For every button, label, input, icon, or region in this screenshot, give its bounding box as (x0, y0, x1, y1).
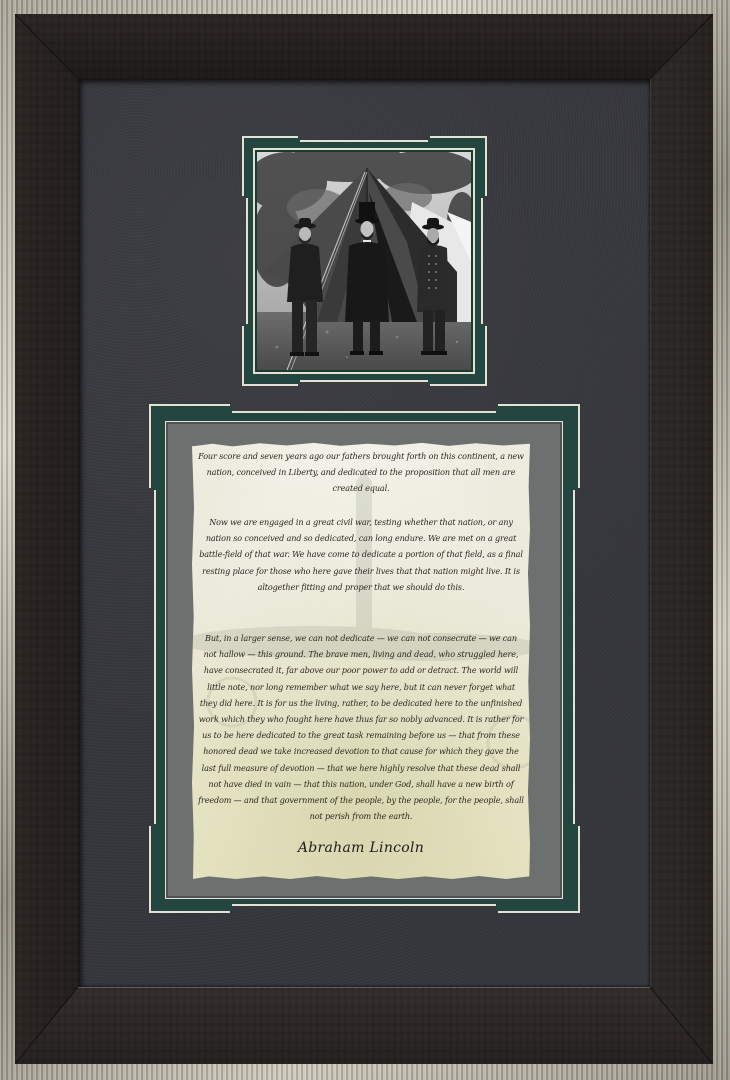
paragraph-1: Four score and seven years ago our fathe… (198, 448, 524, 497)
signature: Abraham Lincoln (192, 840, 530, 856)
paragraph-3: But, in a larger sense, we can not dedic… (198, 630, 524, 824)
historical-photograph (257, 152, 471, 370)
paragraph-2: Now we are engaged in a great civil war,… (198, 514, 524, 595)
gettysburg-address-document: Four score and seven years ago our fathe… (192, 442, 530, 879)
